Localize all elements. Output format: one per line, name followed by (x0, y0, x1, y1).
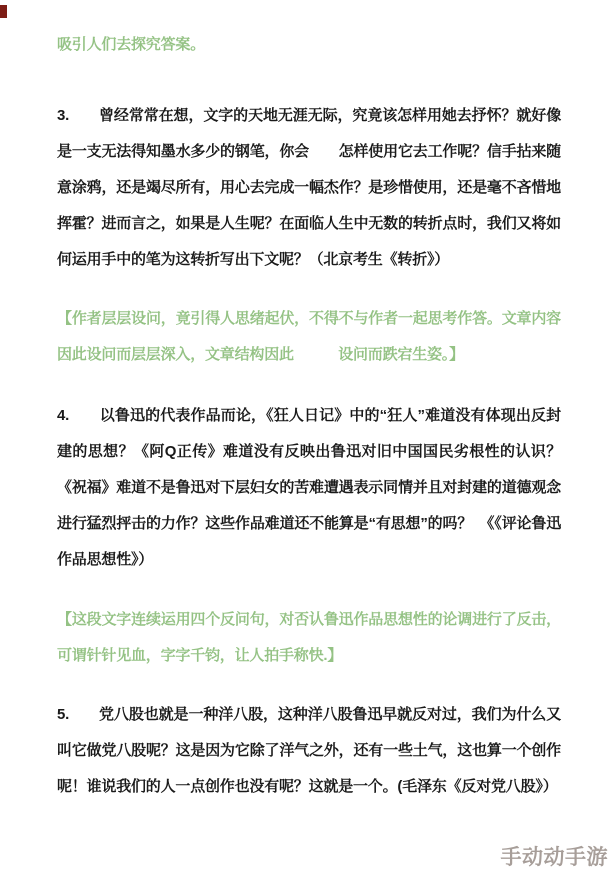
paragraph-5: 5. 党八股也就是一种洋八股，这种洋八股鲁迅早就反对过，我们为什么又叫它做党八股… (57, 697, 561, 805)
watermark-text: 手动动手游 (501, 841, 609, 871)
annotation-after-paragraph-4: 【这段文字连续运用四个反问句，对否认鲁迅作品思想性的论调进行了反击，可谓针针见血… (57, 602, 561, 674)
document-page: 吸引人们去探究答案。 3. 曾经常常在想，文字的天地无涯无际，究竟该怎样用她去抒… (0, 0, 616, 874)
annotation-after-paragraph-3: 【作者层层设问，竟引得人思绪起伏，不得不与作者一起思考作答。文章内容因此设问而层… (57, 301, 561, 373)
carryover-annotation-tail: 吸引人们去探究答案。 (57, 30, 561, 60)
paragraph-4: 4. 以鲁迅的代表作品而论，《狂人日记》中的“狂人”难道没有体现出反封建的思想？… (57, 398, 561, 578)
paragraph-3: 3. 曾经常常在想，文字的天地无涯无际，究竟该怎样用她去抒怀？就好像是一支无法得… (57, 98, 561, 278)
corner-red-artifact (0, 5, 7, 18)
